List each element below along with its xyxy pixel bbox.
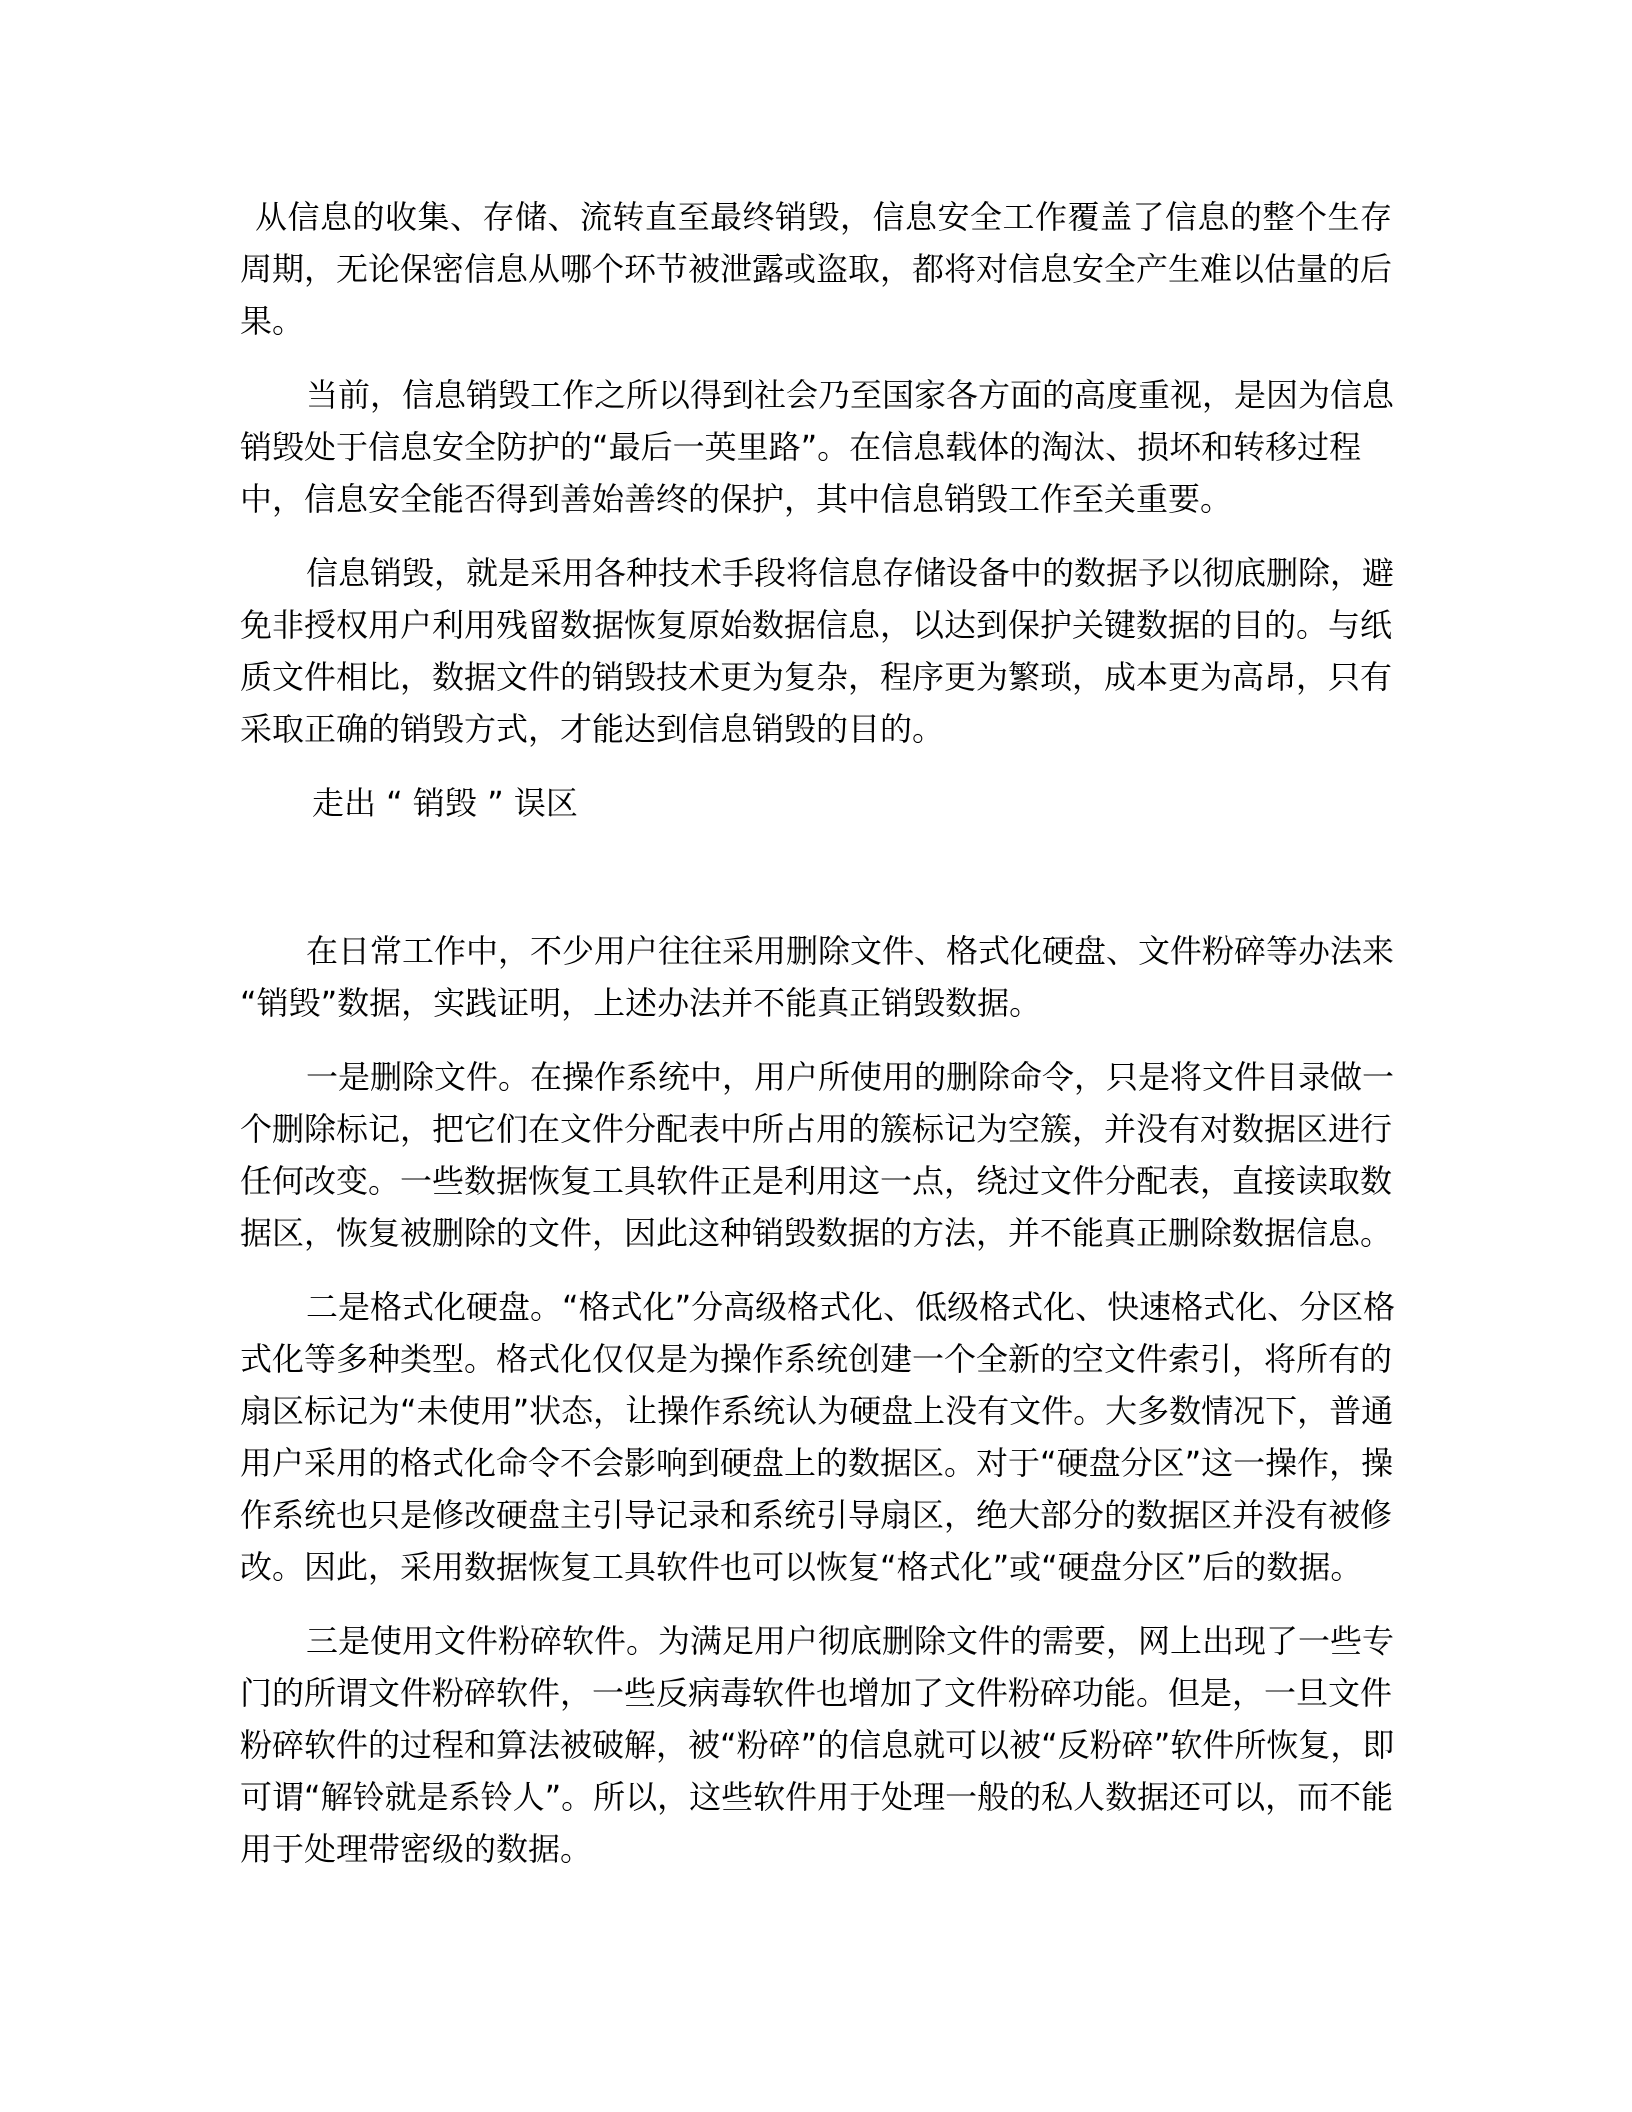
text-line: 从信息的收集、存储、流转直至最终销毁，信息安全工作覆盖了信息的整个生存 <box>240 191 1392 243</box>
paragraph-delete-files: 一是删除文件。在操作系统中，用户所使用的删除命令，只是将文件目录做一 个删除标记… <box>240 1051 1392 1259</box>
text-line: 采取正确的销毁方式，才能达到信息销毁的目的。 <box>240 703 1392 755</box>
paragraph-definition: 信息销毁，就是采用各种技术手段将信息存储设备中的数据予以彻底删除，避 免非授权用… <box>240 547 1392 755</box>
text-line: 用于处理带密级的数据。 <box>240 1823 1392 1875</box>
text-line: 质文件相比，数据文件的销毁技术更为复杂，程序更为繁琐，成本更为高昂，只有 <box>240 651 1392 703</box>
paragraph-shredder-software: 三是使用文件粉碎软件。为满足用户彻底删除文件的需要，网上出现了一些专 门的所谓文… <box>240 1615 1392 1875</box>
text-line: 在日常工作中，不少用户往往采用删除文件、格式化硬盘、文件粉碎等办法来 <box>240 925 1392 977</box>
text-line: 作系统也只是修改硬盘主引导记录和系统引导扇区，绝大部分的数据区并没有被修 <box>240 1489 1392 1541</box>
text-line: 一是删除文件。在操作系统中，用户所使用的删除命令，只是将文件目录做一 <box>240 1051 1392 1103</box>
text-line: 销毁处于信息安全防护的“最后一英里路”。在信息载体的淘汰、损坏和转移过程 <box>240 421 1392 473</box>
document-page: 从信息的收集、存储、流转直至最终销毁，信息安全工作覆盖了信息的整个生存 周期，无… <box>240 191 1392 1897</box>
blank-line <box>240 851 1392 903</box>
text-line: 粉碎软件的过程和算法被破解，被“粉碎”的信息就可以被“反粉碎”软件所恢复，即 <box>240 1719 1392 1771</box>
text-line: 任何改变。一些数据恢复工具软件正是利用这一点，绕过文件分配表，直接读取数 <box>240 1155 1392 1207</box>
paragraph-format-disk: 二是格式化硬盘。“格式化”分高级格式化、低级格式化、快速格式化、分区格 式化等多… <box>240 1281 1392 1593</box>
text-line: 三是使用文件粉碎软件。为满足用户彻底删除文件的需要，网上出现了一些专 <box>240 1615 1392 1667</box>
section-heading: 走出 “ 销毁 ” 误区 <box>240 777 1392 829</box>
text-line: 当前，信息销毁工作之所以得到社会乃至国家各方面的高度重视，是因为信息 <box>240 369 1392 421</box>
text-line: 中，信息安全能否得到善始善终的保护，其中信息销毁工作至关重要。 <box>240 473 1392 525</box>
text-line: 用户采用的格式化命令不会影响到硬盘上的数据区。对于“硬盘分区”这一操作，操 <box>240 1437 1392 1489</box>
text-line: 式化等多种类型。格式化仅仅是为操作系统创建一个全新的空文件索引，将所有的 <box>240 1333 1392 1385</box>
text-line: 个删除标记，把它们在文件分配表中所占用的簇标记为空簇，并没有对数据区进行 <box>240 1103 1392 1155</box>
text-line: 信息销毁，就是采用各种技术手段将信息存储设备中的数据予以彻底删除，避 <box>240 547 1392 599</box>
text-line: 扇区标记为“未使用”状态，让操作系统认为硬盘上没有文件。大多数情况下，普通 <box>240 1385 1392 1437</box>
paragraph-importance: 当前，信息销毁工作之所以得到社会乃至国家各方面的高度重视，是因为信息 销毁处于信… <box>240 369 1392 525</box>
text-line: 果。 <box>240 295 1392 347</box>
text-line: 据区，恢复被删除的文件，因此这种销毁数据的方法，并不能真正删除数据信息。 <box>240 1207 1392 1259</box>
text-line: 免非授权用户利用残留数据恢复原始数据信息，以达到保护关键数据的目的。与纸 <box>240 599 1392 651</box>
text-line: 可谓“解铃就是系铃人”。所以，这些软件用于处理一般的私人数据还可以，而不能 <box>240 1771 1392 1823</box>
text-line: 周期，无论保密信息从哪个环节被泄露或盗取，都将对信息安全产生难以估量的后 <box>240 243 1392 295</box>
text-line: “销毁”数据，实践证明，上述办法并不能真正销毁数据。 <box>240 977 1392 1029</box>
text-line: 二是格式化硬盘。“格式化”分高级格式化、低级格式化、快速格式化、分区格 <box>240 1281 1392 1333</box>
text-line: 改。因此，采用数据恢复工具软件也可以恢复“格式化”或“硬盘分区”后的数据。 <box>240 1541 1392 1593</box>
paragraph-misconceptions-intro: 在日常工作中，不少用户往往采用删除文件、格式化硬盘、文件粉碎等办法来 “销毁”数… <box>240 925 1392 1029</box>
text-line: 门的所谓文件粉碎软件，一些反病毒软件也增加了文件粉碎功能。但是，一旦文件 <box>240 1667 1392 1719</box>
paragraph-intro: 从信息的收集、存储、流转直至最终销毁，信息安全工作覆盖了信息的整个生存 周期，无… <box>240 191 1392 347</box>
